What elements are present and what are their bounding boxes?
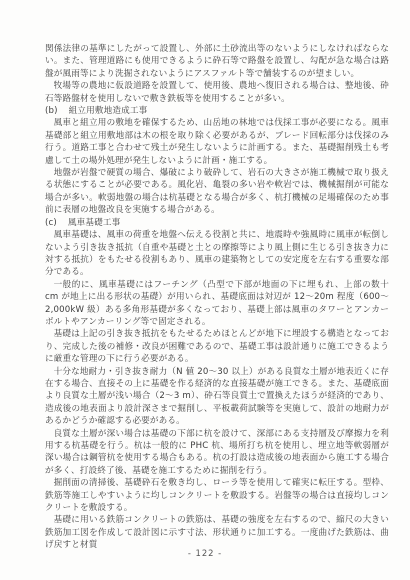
document-page: 関係法律の基準にしたがって設置し、外部に土砂流出等のないようにしなければならない… — [0, 0, 410, 580]
body-paragraph: 掘削面の清掃後、基礎砕石を敷き均し、ローラ等を使用して確実に転圧する。型枠、鉄筋… — [45, 477, 389, 514]
body-paragraph: 風車と組立用の敷地を確保するため、山岳地の林地では伐採工事が必要になる。風車基礎… — [45, 117, 389, 167]
section-label: (c) — [45, 218, 57, 228]
body-paragraph: 基礎は上記の引き抜き抵抗をもたせるためほとんどが地下に埋設する構造となっており、… — [45, 328, 389, 365]
section-title: 風車基礎工事 — [68, 218, 120, 228]
page-number: - 122 - — [0, 548, 410, 558]
document-body: 関係法律の基準にしたがって設置し、外部に土砂流出等のないようにしなければならない… — [45, 43, 389, 552]
section-label: (b) — [45, 106, 58, 116]
body-paragraph: 基礎に用いる鉄筋コンクリートの鉄筋は、基礎の強度を左右するので、縮尺の大きい鉄筋… — [45, 514, 389, 551]
body-paragraph: 十分な地耐力・引き抜き耐力（N 値 20～30 以上）がある良質な土層が地表近く… — [45, 366, 389, 428]
body-paragraph: 地盤が岩盤で硬質の場合、爆破により破砕して、岩石の大きさが施工機械で取り扱える状… — [45, 167, 389, 217]
body-paragraph: 牧場等の農地に仮設道路を設置して、使用後、農地へ復旧される場合は、整地後、砕石等… — [45, 80, 389, 105]
body-paragraph: 風車基礎は、風車の荷重を地盤へ伝える役割と共に、地震時や強風時に風車が転倒しない… — [45, 229, 389, 279]
section-heading: (c)風車基礎工事 — [45, 217, 389, 229]
body-paragraph: 良質な土層が深い場合は基礎の下部に杭を設けて、深部にある支持層及び摩擦力を利用す… — [45, 428, 389, 478]
section-heading: (b)組立用敷地造成工事 — [45, 105, 389, 117]
body-paragraph: 関係法律の基準にしたがって設置し、外部に土砂流出等のないようにしなければならない… — [45, 43, 389, 80]
body-paragraph: 一般的に、風車基礎にはフーチング（凸型で下部が地面の下に埋もれ、上部の数十 cm… — [45, 279, 389, 329]
section-title: 組立用敷地造成工事 — [69, 106, 148, 116]
